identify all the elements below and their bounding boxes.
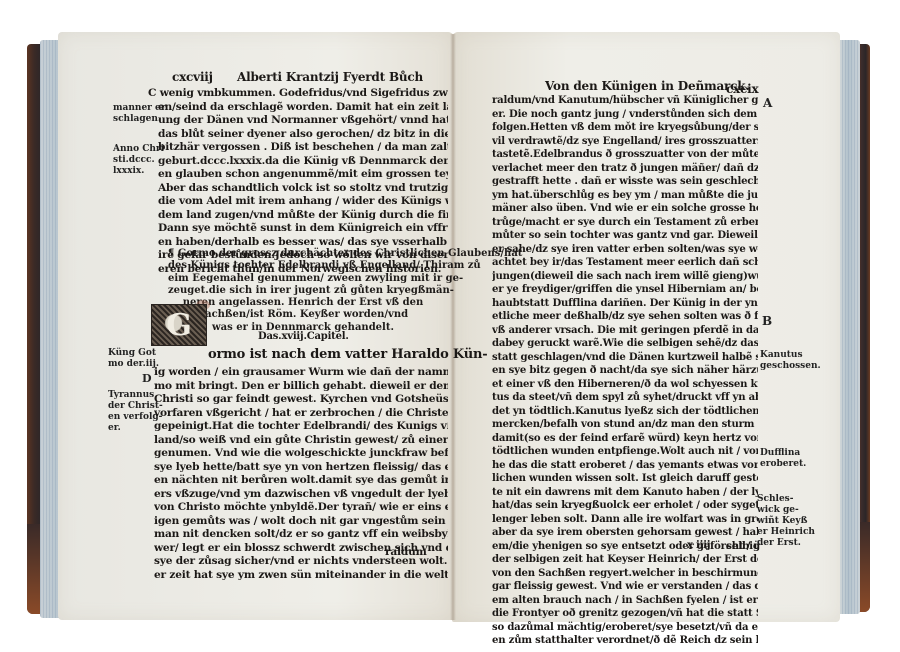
text-line: verlachet meer den tratz ð jungen mäñer/… [492,162,758,176]
text-line: mo mit bringt. Den er billich gehabt. di… [154,380,448,394]
text-line: jungen(dieweil die sach nach irem willẽ … [492,270,758,284]
text-line: genumen. Vnd wie die wolgeschickte junck… [154,447,448,461]
text-line: Dann sye möchtẽ sunst in dem Künigreich … [148,222,448,236]
text-line: etliche meer deßhalb/dz sye sehen solten… [492,310,758,324]
text-line: mäner also üben. Vnd wie er ein solche g… [492,202,758,216]
text-line: Christi so gar feindt gewest. Kyrchen vn… [154,393,448,407]
text-line: en/seind da erschlagẽ worden. Damit hat … [148,101,448,115]
text-line: tus da steet/vñ dem spyl zů syhet/druckt… [492,391,758,405]
text-line: můter so sein tochter was gantz vnd gar.… [492,229,758,243]
right-catchword: selbig [726,540,760,552]
text-line: ig worden / ein grausamer Wurm wie dañ d… [154,366,448,380]
text-line: tödtlichen wunden entpfienge.Wolt auch n… [492,445,758,459]
text-line: en haben/derhalb es besser was/ das sye … [148,236,448,250]
left-folio-number: cxcviij [172,70,213,84]
margin-note: Küng Got mo der.iij. [108,348,159,370]
text-line: gar fleissig gewest. Vnd wie er verstand… [492,580,758,594]
text-line: en nächten nit berůren wolt.damit sye da… [154,474,448,488]
text-line: sye lyeb hette/batt sye yn von hertzen f… [154,461,448,475]
left-running-head: Alberti Krantzij Fyerdt Bůch [237,70,423,84]
chapter-title: Das.xviij.Capitel. [258,331,349,342]
text-line: em/die yhenigen so sye entsetzt oder gef… [492,540,758,554]
text-line: aber da sye irem obersten gehorsam gewes… [492,526,758,540]
text-line: gepeinigt.Hat die tochter Edelbrandi/ de… [154,420,448,434]
text-line: man nit dencken solt/dz er so gantz vff … [154,528,448,542]
text-line: er ye freydiger/griffen die ynsel Hibern… [492,283,758,297]
text-line: ers vßzuge/vnd ym dazwischen vß vngedult… [154,488,448,502]
text-line: C wenig vmbkummen. Godefridus/vnd Sigefr… [148,87,448,101]
text-line: raldum/vnd Kanutum/hübscher vñ Küniglich… [492,94,758,108]
text-line: lichen wunden wissen solt. Ist gleich da… [492,472,758,486]
right-body-text: raldum/vnd Kanutum/hübscher vñ Küniglich… [492,94,758,648]
text-line: dabey geruckt warẽ.Wie die selbigen sehẽ… [492,337,758,351]
text-line: er sahe/dz sye iren vatter erben solten/… [492,243,758,257]
text-line: tastetẽ.Edelbrandus ð grosszuatter von d… [492,148,758,162]
text-line: ym hat.überschlůg es bey ym / man můßte … [492,189,758,203]
text-line: bitzhär vergossen . Diß ist beschehen / … [148,141,448,155]
text-line: von Christo möchte ynbyldẽ.Der tyrañ/ wi… [154,501,448,515]
text-line: vorfaren vßgericht / hat er zerbrochen /… [154,407,448,421]
text-line: en sye bitz gegen ð nacht/da sye sich nä… [492,364,758,378]
text-line: gestrafft hette . dañ er wisste was sein… [492,175,758,189]
text-line: von den Sachßen regyert.welcher in besch… [492,567,758,581]
text-line: lenger leben solt. Dann alle ire wolfart… [492,513,758,527]
text-line: der selbigen zeit hat Keyser Heinrich/ d… [492,553,758,567]
decorated-initial: G [151,304,207,346]
margin-section-letter: D [142,373,152,384]
chapter-summary: ¶ Gormo der grossz durchächter des Chris… [168,248,438,334]
text-line: mercken/befalh von stund an/dz man den s… [492,418,758,432]
open-book: cxcviij Alberti Krantzij Fyerdt Bůch man… [0,0,900,652]
text-line: statt geschlagen/vnd die Dänen kurtzweil… [492,351,758,365]
margin-note: Kanutus geschossen. [760,350,821,372]
text-line: so dazůmal mächtig/eroberet/sye besetzt/… [492,621,758,635]
text-line: haubtstatt Dufflina dariñen. Der Künig i… [492,297,758,311]
signature-mark: x iiij [687,540,710,551]
text-line: ung der Dänen vnd Normanner vßgehört/ vn… [148,114,448,128]
text-line: er zeit hat sye ym zwen sün miteinander … [154,569,448,583]
text-line: damit(so es der feind erfarẽ würd) keyn … [492,432,758,446]
text-line: et einer vß den Hiberneren/ð da wol schy… [492,378,758,392]
margin-note: Schles- wick ge- wiñt Keyß er Heinrich d… [757,494,815,549]
text-line: achtet bey ir/das Testament meer eerlich… [492,256,758,270]
text-line: folgen.Hetten vß dem mǒt ire kryegsůbung… [492,121,758,135]
text-line: er. Die noch gantz jung / vnderstůnden s… [492,108,758,122]
text-line: en zům statthalter verordnet/ð dẽ Reich … [492,634,758,648]
text-line: te nit ein dawrens mit dem Kanuto haben … [492,486,758,500]
text-line: det yn tödtlich.Kanutus lyeßz sich der t… [492,405,758,419]
text-line: en glauben schon angenummẽ/mit eim gross… [148,168,448,182]
text-line: die vom Adel mit irem anhang / wider des… [148,195,448,209]
margin-section-letter: B [762,316,772,327]
text-line: die Frontyer oð grenitz gezogen/vñ hat d… [492,607,758,621]
text-line: em alten brauch nach / in Sachßen fyelen… [492,594,758,608]
text-line: hat/das sein kryegßuolck eer erholet / o… [492,499,758,513]
text-line: vil verdrawtẽ/dz sye Engelland/ ires gro… [492,135,758,149]
left-catchword: raldum [385,546,427,558]
text-line: land/so weiß vnd ein gůte Christin gewes… [154,434,448,448]
text-line: Aber das schandtlich volck ist so stoltz… [148,182,448,196]
right-running-head: Von den Künigen in Deñmarck. [545,79,749,93]
book-gutter [450,34,456,620]
text-line: dem land zugen/vnd můßte der Künig durch… [148,209,448,223]
text-line: he das die statt eroberet / das yemants … [492,459,758,473]
text-line: das blůt seiner dyener also gerochen/ dz… [148,128,448,142]
chapter-first-line: ormo ist nach dem vatter Haraldo Kün- [208,347,487,362]
margin-note: Dufflina eroberet. [760,448,806,470]
text-line: igen gemůts was / wolt doch nit gar vnge… [154,515,448,529]
text-line: geburt.dccc.lxxxix.da die Künig vß Dennm… [148,155,448,169]
text-line: trůge/macht er sye durch ein Testament z… [492,216,758,230]
margin-section-letter: A [763,98,772,109]
text-line: vß anderer vrsach. Die mit geringen pfer… [492,324,758,338]
